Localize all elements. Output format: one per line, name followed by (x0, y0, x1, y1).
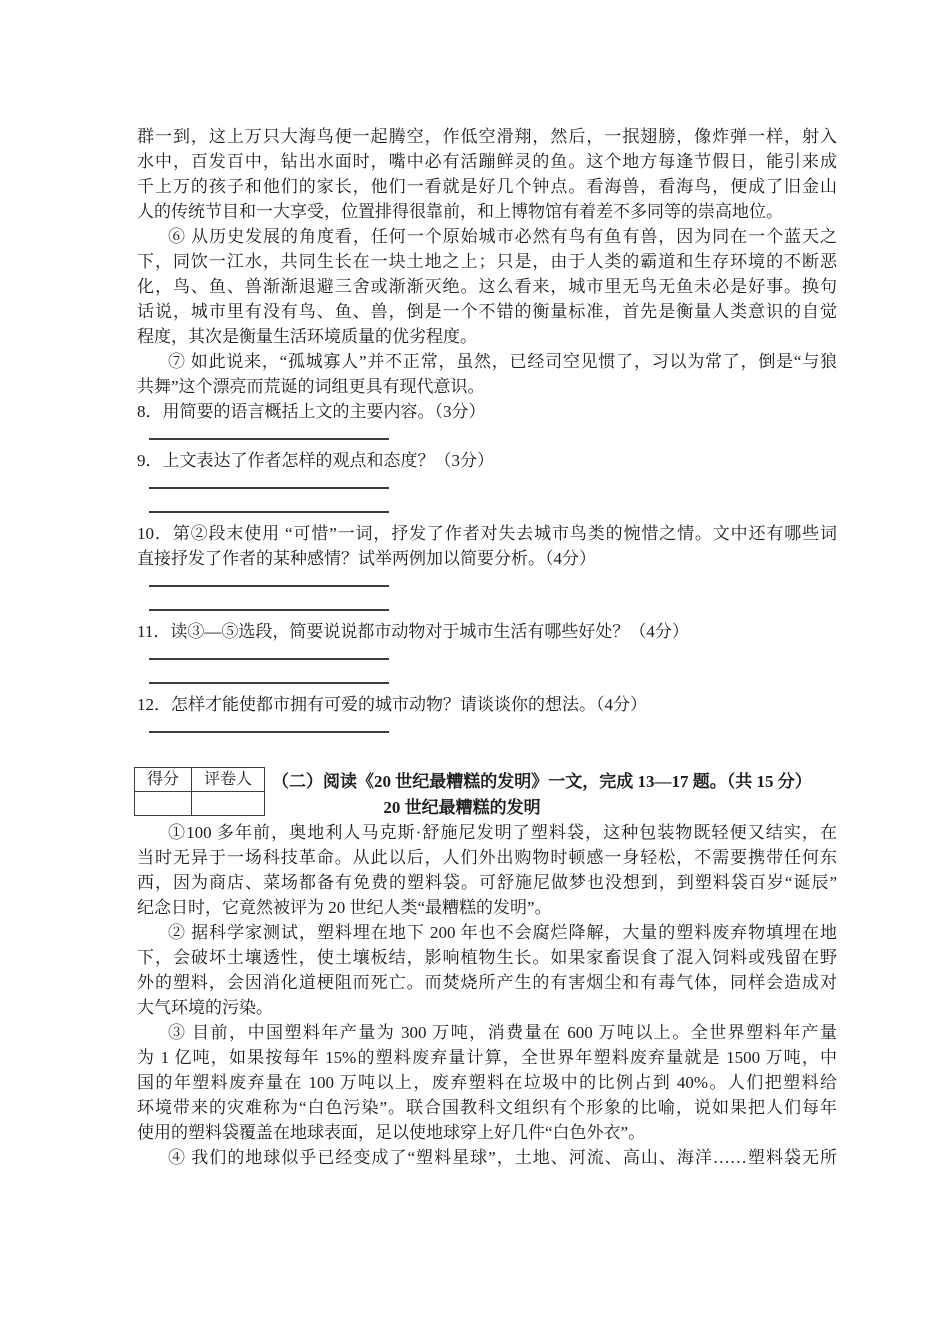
question-11: 11．读③—⑤选段，简要说说都市动物对于城市生活有哪些好处？（4分） (137, 619, 837, 644)
answer-blank-line (149, 489, 389, 513)
article2-para3-line: 环境带来的灾难称为“白色污染”。联合国教科文组织有个形象的比喻，说如果把人们每年 (137, 1095, 837, 1120)
article2-para3-line: 使用的塑料袋覆盖在地球表面，足以使地球穿上好几件“白色外衣”。 (137, 1120, 837, 1145)
score-table-score-cell (135, 792, 192, 816)
answer-blank-line (149, 717, 389, 733)
article2-para1-line: 西，因为商店、菜场都备有免费的塑料袋。可舒施尼做梦也没想到，到塑料袋百岁“诞辰” (137, 870, 837, 895)
score-table-grader-cell (192, 792, 265, 816)
article1-para6-line: 化，鸟、鱼、兽渐渐退避三舍或渐渐灭绝。这么看来，城市里无鸟无鱼未必是好事。换句 (137, 274, 837, 299)
article1-cont-line: 人的传统节目和一大享受，位置排得很靠前，和上博物馆有着差不多同等的崇高地位。 (137, 199, 837, 224)
article1-para7-line: ⑦ 如此说来，“孤城寡人”并不正常，虽然，已经司空见惯了，习以为常了，倒是“与狼 (137, 349, 837, 374)
article2-para3-line: 国的年塑料废弃量在 100 万吨以上，废弃塑料在垃圾中的比例占到 40%。人们把… (137, 1070, 837, 1095)
section-2-instruction: （二）阅读《20 世纪最糟糕的发明》一文，完成 13—17 题。（共 15 分） (272, 767, 837, 795)
question-10-line2: 直接抒发了作者的某种感情？试举两例加以简要分析。（4分） (137, 546, 837, 571)
question-10: 10．第②段末使用 “可惜”一词，抒发了作者对失去城市鸟类的惋惜之情。文中还有哪… (137, 521, 837, 546)
answer-blank-line (149, 571, 389, 587)
article1-cont-line: 千上万的孩子和他们的家长，他们一看就是好几个钟点。看海兽，看海鸟，便成了旧金山 (137, 174, 837, 199)
score-table-score-label: 得分 (135, 768, 192, 792)
article1-para6-line: 下，同饮一江水，共同生长在一块土地之上；只是，由于人类的霸道和生存环境的不断恶 (137, 249, 837, 274)
question-9: 9．上文表达了作者怎样的观点和态度？（3分） (137, 448, 837, 473)
question-8: 8．用简要的语言概括上文的主要内容。（3分） (137, 399, 837, 424)
article1-para6-line: ⑥ 从历史发展的角度看，任何一个原始城市必然有鸟有鱼有兽，因为同在一个蓝天之 (137, 224, 837, 249)
article2-para4-line: ④ 我们的地球似乎已经变成了“塑料星球”，土地、河流、高山、海洋……塑料袋无所 (137, 1145, 837, 1170)
answer-blank-line (149, 587, 389, 611)
article2-para2-line: 下，会破坏土壤透性，使土壤板结，影响植物生长。如果家畜误食了混入饲料或残留在野 (137, 945, 837, 970)
article1-para6-line: 话说，城市里有没有鸟、鱼、兽，倒是一个不错的衡量标准，首先是衡量人类意识的自觉 (137, 299, 837, 324)
article2-para1-line: ①100 多年前，奥地利人马克斯·舒施尼发明了塑料袋，这种包装物既轻便又结实，在 (137, 820, 837, 845)
article1-cont-line: 水中，百发百中，钻出水面时，嘴中必有活蹦鲜灵的鱼。这个地方每逢节假日，能引来成 (137, 149, 837, 174)
article2-para2-line: 大气环境的污染。 (137, 995, 837, 1020)
article2-para3-line: ③ 目前，中国塑料年产量为 300 万吨，消费量在 600 万吨以上。全世界塑料… (137, 1020, 837, 1045)
score-table-grader-label: 评卷人 (192, 768, 265, 792)
article2-para2-line: ② 据科学家测试，塑料埋在地下 200 年也不会腐烂降解，大量的塑料废弃物填埋在… (137, 920, 837, 945)
article2-para2-line: 外的塑料，会因消化道梗阻而死亡。而焚烧所产生的有害烟尘和有毒气体，同样会造成对 (137, 970, 837, 995)
article1-cont-line: 群一到，这上万只大海鸟便一起腾空，作低空滑翔，然后，一抿翅膀，像炸弹一样，射入 (137, 124, 837, 149)
article2-para1-line: 当时无异于一场科技革命。从此以后，人们外出购物时顿感一身轻松，不需要携带任何东 (137, 845, 837, 870)
answer-blank-line (149, 660, 389, 684)
article1-para6-line: 程度，其次是衡量生活环境质量的优劣程度。 (137, 324, 837, 349)
page-content: 群一到，这上万只大海鸟便一起腾空，作低空滑翔，然后，一抿翅膀，像炸弹一样，射入 … (137, 124, 837, 1170)
article2-para3-line: 为 1 亿吨，如果按每年 15%的塑料废弃量计算，全世界年塑料废弃量就是 150… (137, 1045, 837, 1070)
answer-blank-line (149, 424, 389, 440)
question-12: 12．怎样才能使都市拥有可爱的城市动物？请谈谈你的想法。（4分） (137, 692, 837, 717)
answer-blank-line (149, 644, 389, 660)
score-table: 得分 评卷人 (134, 767, 265, 816)
answer-blank-line (149, 473, 389, 489)
section-2-header: 得分 评卷人 （二）阅读《20 世纪最糟糕的发明》一文，完成 13—17 题。（… (137, 767, 837, 820)
article1-para7-line: 共舞”这个漂亮而荒诞的词组更具有现代意识。 (137, 374, 837, 399)
article2-para1-line: 纪念日时，它竟然被评为 20 世纪人类“最糟糕的发明”。 (137, 895, 837, 920)
